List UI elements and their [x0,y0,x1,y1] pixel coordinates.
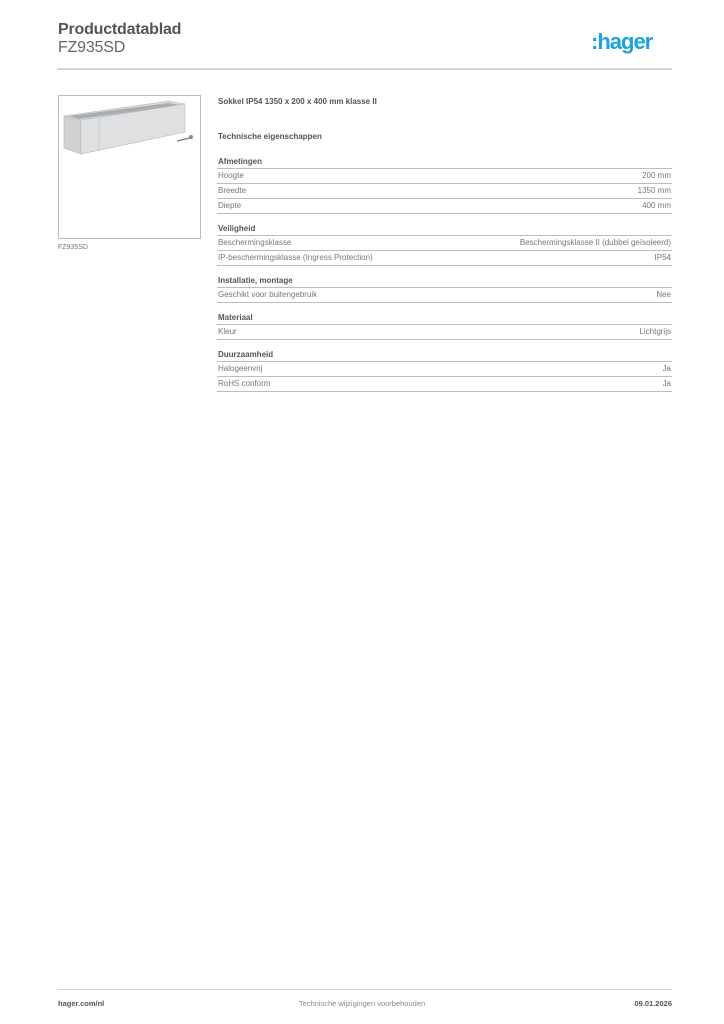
document-title: Productdatablad [58,21,181,39]
section-title: Duurzaamheid [217,349,672,362]
row-label: Diepte [218,199,241,213]
row-label: Hoogte [218,169,244,183]
footer-date: 09.01.2026 [634,999,672,1008]
table-row: RoHS conformJa [217,377,672,392]
hager-logo: :hager [591,29,652,55]
table-row: IP-beschermingsklasse (Ingress Protectio… [217,251,672,266]
row-value: IP54 [655,251,671,265]
product-code: FZ935SD [58,39,125,57]
row-label: Beschermingsklasse [218,236,291,250]
row-value: Beschermingsklasse II (dubbel geïsoleerd… [520,236,671,250]
plinth-illustration [59,96,200,238]
row-label: RoHS conform [218,377,270,391]
row-value: 1350 mm [638,184,671,198]
footer-disclaimer: Technische wijzigingen voorbehouden [0,999,724,1008]
technical-properties-heading: Technische eigenschappen [218,132,322,141]
table-row: Geschikt voor buitengebruikNee [217,288,672,303]
row-value: 400 mm [642,199,671,213]
table-row: Diepte400 mm [217,199,672,214]
row-value: Ja [663,362,671,376]
section-title: Afmetingen [217,156,672,169]
table-row: Hoogte200 mm [217,169,672,184]
table-row: BeschermingsklasseBeschermingsklasse II … [217,236,672,251]
row-label: Geschikt voor buitengebruik [218,288,317,302]
section-title: Installatie, montage [217,275,672,288]
table-row: KleurLichtgrijs [217,325,672,340]
section-sustainability: Duurzaamheid HalogeenvrijJa RoHS conform… [217,349,672,392]
section-installation: Installatie, montage Geschikt voor buite… [217,275,672,303]
section-title: Materiaal [217,312,672,325]
section-safety: Veiligheid BeschermingsklasseBescherming… [217,223,672,266]
row-value: 200 mm [642,169,671,183]
product-description: Sokkel IP54 1350 x 200 x 400 mm klasse I… [218,97,377,106]
product-image [58,95,201,239]
section-title: Veiligheid [217,223,672,236]
row-value: Lichtgrijs [639,325,671,339]
section-dimensions: Afmetingen Hoogte200 mm Breedte1350 mm D… [217,156,672,214]
footer-divider [57,989,672,990]
image-caption: FZ935SD [58,244,88,251]
row-value: Nee [656,288,671,302]
header-divider [57,68,672,70]
row-label: Kleur [218,325,237,339]
section-material: Materiaal KleurLichtgrijs [217,312,672,340]
row-label: IP-beschermingsklasse (Ingress Protectio… [218,251,373,265]
row-label: Halogeenvrij [218,362,262,376]
table-row: Breedte1350 mm [217,184,672,199]
row-label: Breedte [218,184,246,198]
table-row: HalogeenvrijJa [217,362,672,377]
properties-table: Afmetingen Hoogte200 mm Breedte1350 mm D… [217,156,672,401]
row-value: Ja [663,377,671,391]
